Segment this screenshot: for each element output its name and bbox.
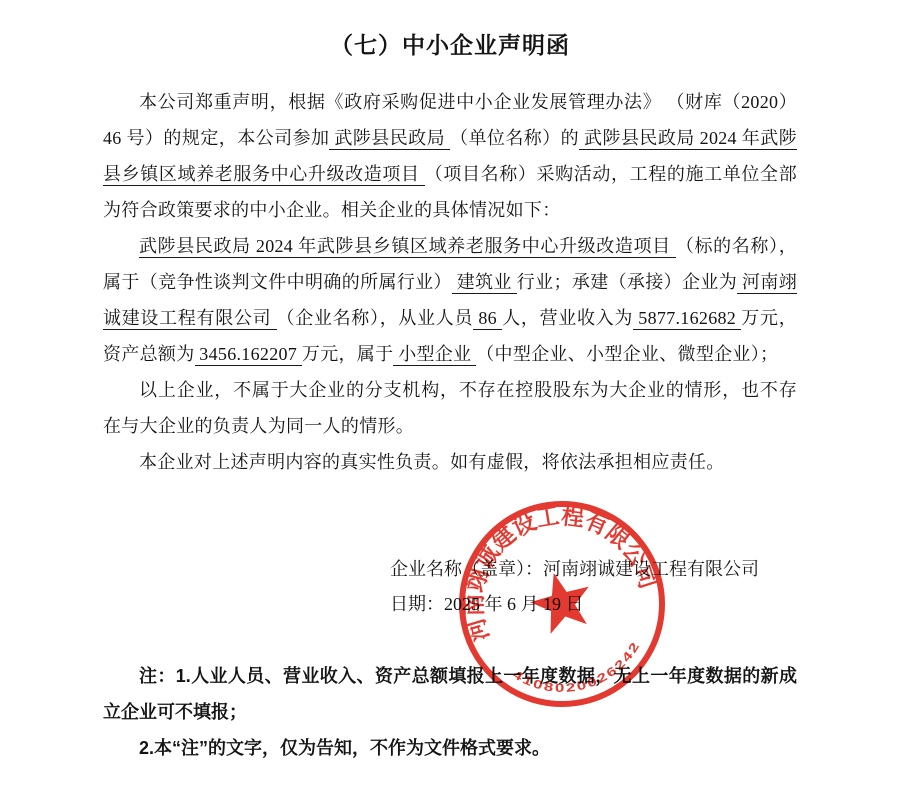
blank-underlined-value: 3456.162207 (195, 344, 302, 366)
text-run: （单位名称）的 (450, 128, 579, 148)
text-run: （企业名称），从业人员 (277, 308, 474, 328)
document-body: 本公司郑重声明，根据《政府采购促进中小企业发展管理办法》 （财库（2020）46… (103, 84, 797, 480)
note-2: 2.本“注”的文字，仅为告知，不作为文件格式要求。 (103, 730, 797, 766)
text-run: 人，营业收入为 (502, 308, 633, 328)
signature-block: 企业名称（盖章）：河南翊诚建设工程有限公司 日期：2025 年 6 月 19 日 (390, 552, 797, 622)
document-title: （七）中小企业声明函 (103, 30, 797, 60)
signature-company-line: 企业名称（盖章）：河南翊诚建设工程有限公司 (390, 552, 797, 587)
text-run: 行业；承建（承接）企业为 (517, 272, 737, 292)
paragraph-no-affiliation: 以上企业，不属于大企业的分支机构，不存在控股股东为大企业的情形，也不存在与大企业… (103, 372, 797, 444)
text-run: 本企业对上述声明内容的真实性负责。如有虚假，将依法承担相应责任。 (139, 452, 725, 472)
blank-underlined-value: 5877.162682 (633, 308, 741, 330)
blank-underlined-value: 武陟县民政局 (329, 128, 450, 150)
blank-underlined-value: 建筑业 (452, 272, 517, 294)
note-1: 注：1.人业人员、营业收入、资产总额填报上一年度数据，无上一年度数据的新成立企业… (103, 658, 797, 730)
blank-underlined-value: 武陟县民政局 2024 年武陟县乡镇区域养老服务中心升级改造项目 (139, 236, 676, 258)
notes-block: 注：1.人业人员、营业收入、资产总额填报上一年度数据，无上一年度数据的新成立企业… (103, 658, 797, 766)
text-run: （中型企业、小型企业、微型企业）； (476, 344, 778, 364)
text-run: 万元，属于 (302, 344, 394, 364)
signature-date-line: 日期：2025 年 6 月 19 日 (390, 587, 797, 622)
text-run: 以上企业，不属于大企业的分支机构，不存在控股股东为大企业的情形，也不存在与大企业… (103, 380, 797, 436)
paragraph-declaration: 本公司郑重声明，根据《政府采购促进中小企业发展管理办法》 （财库（2020）46… (103, 84, 797, 228)
blank-underlined-value: 小型企业 (393, 344, 476, 366)
page: （七）中小企业声明函 本公司郑重声明，根据《政府采购促进中小企业发展管理办法》 … (0, 0, 897, 766)
paragraph-responsibility: 本企业对上述声明内容的真实性负责。如有虚假，将依法承担相应责任。 (103, 444, 797, 480)
paragraph-subject-info: 武陟县民政局 2024 年武陟县乡镇区域养老服务中心升级改造项目 （标的名称），… (103, 228, 797, 372)
blank-underlined-value: 86 (473, 308, 502, 330)
